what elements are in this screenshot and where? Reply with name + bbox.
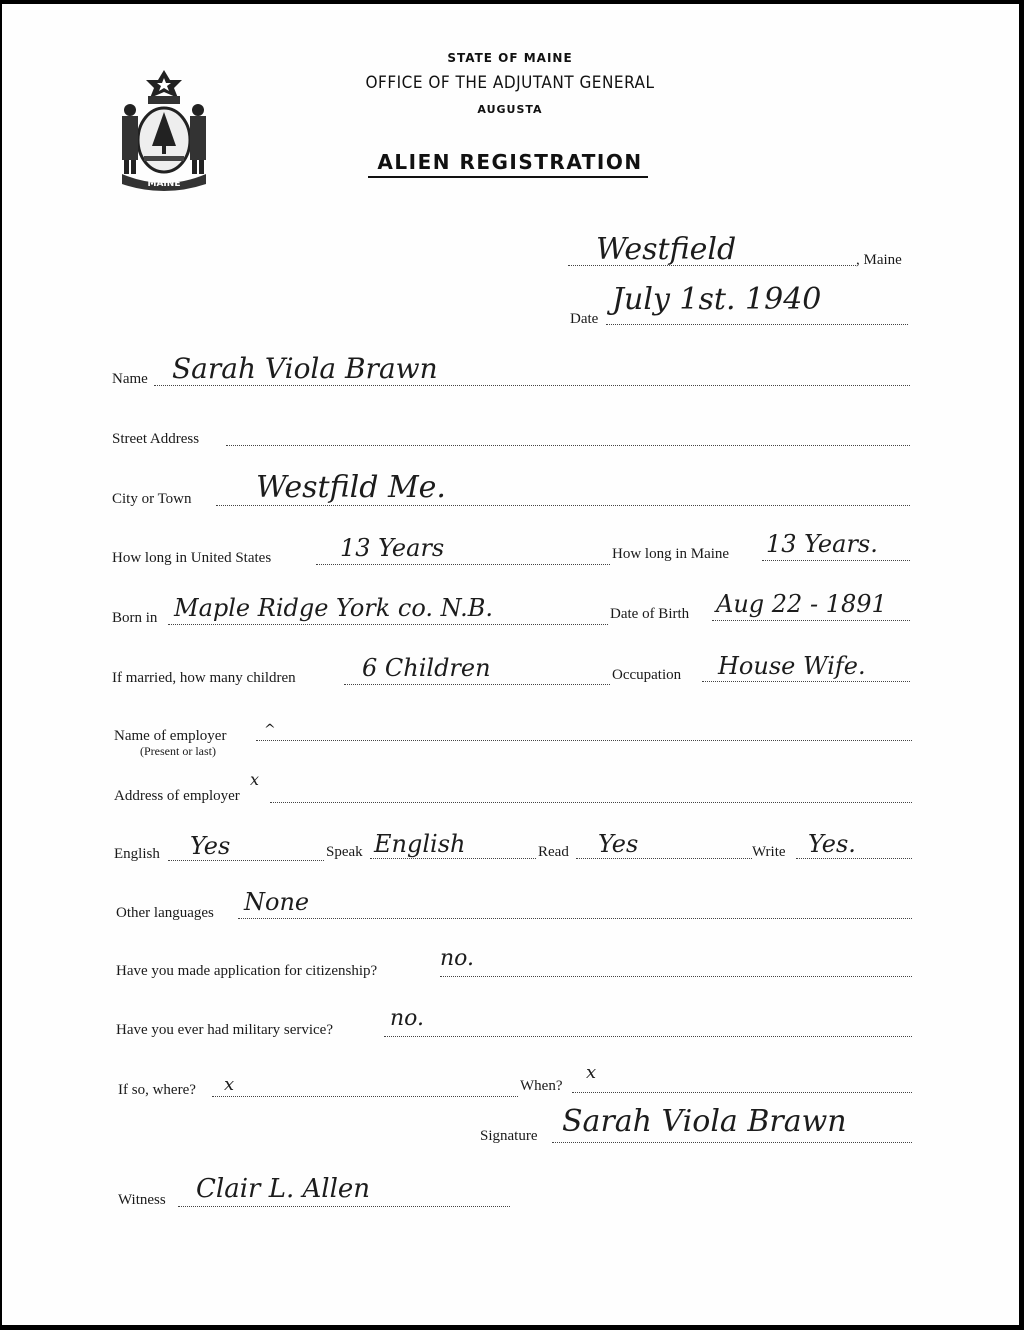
employer-address-value: x	[250, 770, 259, 789]
state-label: , Maine	[856, 252, 902, 269]
employer-name-field[interactable]	[256, 740, 912, 741]
date-value: July 1st. 1940	[612, 282, 821, 317]
employer-address-label: Address of employer	[114, 788, 240, 805]
read-label: Read	[538, 844, 569, 861]
born-in-value: Maple Ridge York co. N.B.	[174, 594, 493, 622]
witness-field[interactable]	[178, 1206, 510, 1207]
read-value: Yes	[598, 830, 638, 858]
employer-address-field[interactable]	[270, 802, 912, 803]
born-in-field[interactable]	[168, 624, 608, 625]
speak-label: Speak	[326, 844, 363, 861]
street-address-label: Street Address	[112, 431, 199, 448]
other-languages-label: Other languages	[116, 905, 214, 922]
speak-field[interactable]	[370, 858, 536, 859]
signature-value: Sarah Viola Brawn	[562, 1104, 847, 1139]
city-heading: AUGUSTA	[0, 103, 1020, 116]
witness-label: Witness	[118, 1192, 166, 1209]
city-value: Westfild Me.	[256, 470, 446, 505]
citizenship-field[interactable]	[440, 976, 912, 977]
title-underline	[368, 176, 648, 178]
street-address-field[interactable]	[226, 445, 910, 446]
military-label: Have you ever had military service?	[116, 1022, 333, 1039]
svg-text:MAINE: MAINE	[148, 179, 181, 189]
read-field[interactable]	[576, 858, 752, 859]
name-field[interactable]	[154, 385, 910, 386]
military-value: no.	[390, 1006, 424, 1031]
registration-form-page	[2, 4, 1019, 1325]
write-value: Yes.	[808, 830, 856, 858]
occupation-field[interactable]	[702, 681, 910, 682]
office-heading: OFFICE OF THE ADJUTANT GENERAL	[0, 73, 1020, 93]
employer-name-sublabel: (Present or last)	[140, 744, 216, 759]
when-label: When?	[520, 1078, 562, 1095]
form-title: ALIEN REGISTRATION	[0, 150, 1020, 174]
write-field[interactable]	[796, 858, 912, 859]
witness-value: Clair L. Allen	[196, 1174, 370, 1204]
employer-name-value: ^	[264, 722, 276, 738]
date-of-birth-value: Aug 22 - 1891	[716, 590, 887, 618]
date-field[interactable]	[606, 324, 908, 325]
town-value: Westfield	[596, 232, 736, 267]
employer-name-label: Name of employer	[114, 728, 226, 745]
speak-value: English	[374, 830, 465, 858]
where-label: If so, where?	[118, 1082, 196, 1099]
how-long-us-label: How long in United States	[112, 550, 271, 567]
military-field[interactable]	[384, 1036, 912, 1037]
citizenship-value: no.	[440, 946, 474, 971]
where-value: x	[224, 1074, 234, 1095]
how-long-maine-field[interactable]	[762, 560, 910, 561]
date-of-birth-field[interactable]	[712, 620, 910, 621]
citizenship-label: Have you made application for citizenshi…	[116, 963, 377, 980]
english-field[interactable]	[168, 860, 324, 861]
state-heading: STATE OF MAINE	[0, 51, 1020, 65]
english-value: Yes	[190, 832, 230, 860]
city-label: City or Town	[112, 491, 192, 508]
signature-field[interactable]	[552, 1142, 912, 1143]
name-label: Name	[112, 371, 148, 388]
how-long-us-value: 13 Years	[340, 534, 444, 562]
how-long-maine-value: 13 Years.	[766, 530, 878, 558]
name-value: Sarah Viola Brawn	[172, 352, 438, 385]
signature-label: Signature	[480, 1128, 538, 1145]
city-field[interactable]	[216, 505, 910, 506]
other-languages-field[interactable]	[238, 918, 912, 919]
date-of-birth-label: Date of Birth	[610, 606, 689, 623]
write-label: Write	[752, 844, 786, 861]
children-field[interactable]	[344, 684, 610, 685]
occupation-label: Occupation	[612, 667, 681, 684]
children-value: 6 Children	[362, 654, 491, 682]
date-label: Date	[570, 311, 598, 328]
when-field[interactable]	[572, 1092, 912, 1093]
when-value: x	[586, 1062, 596, 1083]
how-long-maine-label: How long in Maine	[612, 546, 729, 563]
english-label: English	[114, 846, 160, 863]
other-languages-value: None	[244, 888, 309, 916]
children-label: If married, how many children	[112, 670, 296, 687]
occupation-value: House Wife.	[718, 652, 866, 680]
born-in-label: Born in	[112, 610, 157, 627]
how-long-us-field[interactable]	[316, 564, 610, 565]
where-field[interactable]	[212, 1096, 518, 1097]
